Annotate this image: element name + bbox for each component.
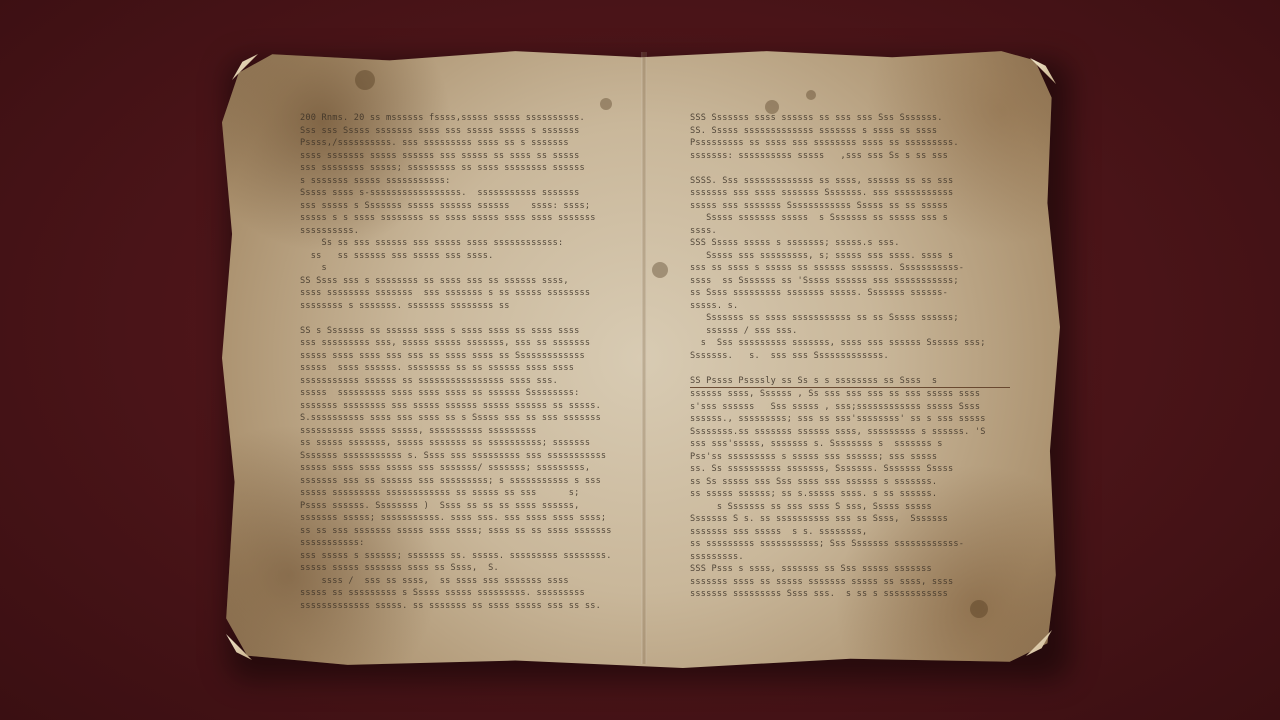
text-line: ss Ss sssss sss Sss ssss sss ssssss s ss… (690, 476, 1010, 489)
text-line: sssssssssss ssssss ss ssssssssssssssss s… (300, 375, 640, 388)
text-line: s (300, 262, 640, 275)
text-line: sssssssssssss sssss. ss sssssss ss ssss … (300, 600, 640, 613)
text-line: ssssss., sssssssss; sss ss sss'ssssssss'… (690, 413, 1010, 426)
text-line: ssssss ssss, Ssssss , Ss sss sss sss ss … (690, 388, 1010, 401)
stain (806, 90, 816, 100)
text-line: Sssssss sssssssssss s. Ssss sss ssssssss… (300, 450, 640, 463)
text-line: sss ssssssss sssss; sssssssss ss ssss ss… (300, 162, 640, 175)
left-text-column: 200 Rnms. 20 ss mssssss fssss,sssss ssss… (300, 112, 640, 612)
stain (600, 98, 612, 110)
text-line: SSS Psss s ssss, sssssss ss Sss sssss ss… (690, 563, 1010, 576)
text-line: ss. Ss ssssssssss sssssss, Sssssss. Ssss… (690, 463, 1010, 476)
text-line: sssssssss. (690, 551, 1010, 564)
text-line: sssssssssss: (300, 537, 640, 550)
text-line: sssssss sss ssss sssssss Sssssss. sss ss… (690, 187, 1010, 200)
text-line: ssssss / sss sss. (690, 325, 1010, 338)
text-line: ssssssss s sssssss. sssssss ssssssss ss (300, 300, 640, 313)
text-line: Sssssss S s. ss ssssssssss sss ss Ssss, … (690, 513, 1010, 526)
text-line: Sssss sss sssssssss, s; sssss sss ssss. … (690, 250, 1010, 263)
text-line: sssssss sssssssss Ssss sss. s ss s sssss… (690, 588, 1010, 601)
text-line: sssss ssss ssssss. ssssssss ss ss ssssss… (300, 362, 640, 375)
text-line: ssssssssss. (300, 225, 640, 238)
text-line: ssss. (690, 225, 1010, 238)
text-line: sssss sssss sssssss ssss ss Ssss, S. (300, 562, 640, 575)
text-line: sssssss sss ss ssssss sss sssssssss; s s… (300, 475, 640, 488)
text-line: sss sssss s ssssss; sssssss ss. sssss. s… (300, 550, 640, 563)
center-fold (641, 52, 647, 664)
text-line: Sssssss ss ssss sssssssssss ss ss Sssss … (690, 312, 1010, 325)
text-line: SS Pssss Pssssly ss Ss s s ssssssss ss S… (690, 375, 1010, 389)
right-text-column: SSS Sssssss ssss ssssss ss sss sss Sss S… (690, 112, 1010, 601)
text-line: Sss sss Sssss sssssss ssss sss sssss sss… (300, 125, 640, 138)
text-line: SSSS. Sss sssssssssssss ss ssss, ssssss … (690, 175, 1010, 188)
text-line: 200 Rnms. 20 ss mssssss fssss,sssss ssss… (300, 112, 640, 125)
text-line: ss sssss ssssss; ss s.sssss ssss. s ss s… (690, 488, 1010, 501)
text-line: sssss ssss ssss sssss sss sssssss/ sssss… (300, 462, 640, 475)
text-line: ss ss sss sssssss sssss ssss ssss; ssss … (300, 525, 640, 538)
text-line: sssssss sssss; sssssssssss. ssss sss. ss… (300, 512, 640, 525)
text-line: s sssssss sssss sssssssssss: (300, 175, 640, 188)
text-line: ssss sssssss sssss ssssss sss sssss ss s… (300, 150, 640, 163)
text-line: sssssss ssss ss sssss sssssss sssss ss s… (690, 576, 1010, 589)
text-line (690, 362, 1010, 375)
text-line: Pss'ss sssssssss s sssss sss ssssss; sss… (690, 451, 1010, 464)
text-line (690, 162, 1010, 175)
text-line: SSS Sssss sssss s sssssss; sssss.s sss. (690, 237, 1010, 250)
text-line: SS. Sssss sssssssssssss sssssss s ssss s… (690, 125, 1010, 138)
text-line: Sssss sssssss sssss s Sssssss ss sssss s… (690, 212, 1010, 225)
text-line: Ssssssss.ss sssssss ssssss ssss, sssssss… (690, 426, 1010, 439)
stain (652, 262, 668, 278)
text-line: sssssss ssssssss sss sssss ssssss sssss … (300, 400, 640, 413)
text-line: ss ss ssssss sss sssss sss ssss. (300, 250, 640, 263)
text-line: sssss ssss ssss sss sss ss ssss ssss ss … (300, 350, 640, 363)
text-line: sss sssss s Sssssss sssss ssssss ssssss … (300, 200, 640, 213)
text-line: Pssss,/ssssssssss. sss sssssssss ssss ss… (300, 137, 640, 150)
text-line: ssssssssss sssss sssss, ssssssssss sssss… (300, 425, 640, 438)
text-line: sssssss sss sssss s s. ssssssss, (690, 526, 1010, 539)
stain (970, 600, 988, 618)
text-line: sssss. s. (690, 300, 1010, 313)
text-line: SS Ssss sss s ssssssss ss ssss sss ss ss… (300, 275, 640, 288)
text-line: ss Ssss sssssssss sssssss sssss. Sssssss… (690, 287, 1010, 300)
text-line: sssss sssssssss ssss ssss ssss ss ssssss… (300, 387, 640, 400)
text-line: ss sssss sssssss, sssss sssssss ss sssss… (300, 437, 640, 450)
text-line (300, 312, 640, 325)
text-line: S.ssssssssss ssss sss ssss ss s Sssss ss… (300, 412, 640, 425)
stain (355, 70, 375, 90)
text-line: sss ss ssss s sssss ss ssssss sssssss. S… (690, 262, 1010, 275)
text-line: s'sss ssssss Sss sssss , sss;sssssssssss… (690, 401, 1010, 414)
text-line: ss sssssssss sssssssssss; Sss Sssssss ss… (690, 538, 1010, 551)
text-line: Psssssssss ss ssss sss ssssssss ssss ss … (690, 137, 1010, 150)
text-line: ssss ssssssss sssssss sss sssssss s ss s… (300, 287, 640, 300)
text-line: sss sss'sssss, sssssss s. Ssssssss s sss… (690, 438, 1010, 451)
text-line: sssss sssssssss ssssssssssss ss sssss ss… (300, 487, 640, 500)
text-line: Ss ss sss ssssss sss sssss ssss ssssssss… (300, 237, 640, 250)
text-line: SS s Sssssss ss ssssss ssss s ssss ssss … (300, 325, 640, 338)
text-line: SSS Sssssss ssss ssssss ss sss sss Sss S… (690, 112, 1010, 125)
text-line: ssss / sss ss ssss, ss ssss sss sssssss … (300, 575, 640, 588)
text-line: ssss ss Sssssss ss 'Sssss ssssss sss sss… (690, 275, 1010, 288)
text-line: sssss s s ssss ssssssss ss ssss sssss ss… (300, 212, 640, 225)
text-line: sssssss: ssssssssss sssss ,sss sss Ss s … (690, 150, 1010, 163)
text-line: sss sssssssss sss, sssss sssss sssssss, … (300, 337, 640, 350)
text-line: Sssss ssss s-sssssssssssssssss. ssssssss… (300, 187, 640, 200)
text-line: sssss ss sssssssss s Sssss sssss sssssss… (300, 587, 640, 600)
text-line: s Sssssss ss sss ssss S sss, Sssss sssss (690, 501, 1010, 514)
text-line: Pssss ssssss. Ssssssss ) Ssss ss ss ss s… (300, 500, 640, 513)
text-line: sssss sss sssssss Ssssssssssss Sssss ss … (690, 200, 1010, 213)
text-line: s Sss sssssssss sssssss, ssss sss ssssss… (690, 337, 1010, 350)
text-line: Sssssss. s. sss sss Sssssssssssss. (690, 350, 1010, 363)
